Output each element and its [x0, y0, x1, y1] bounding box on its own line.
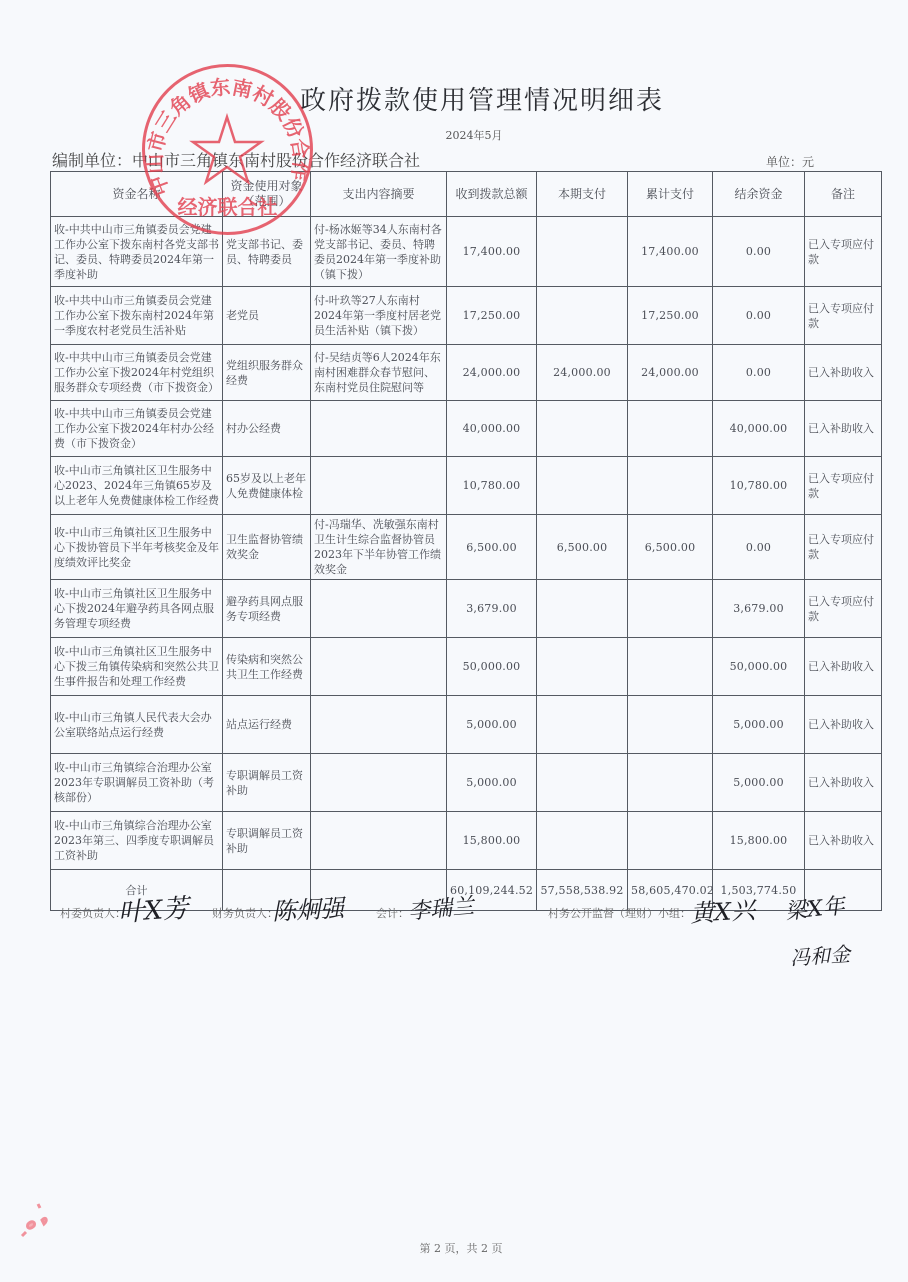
table-row: 收-中共中山市三角镇委员会党建工作办公室下拨2024年村办公经费（市下拨资金）村…	[51, 401, 882, 457]
remark-cell: 已入补助收入	[805, 638, 882, 696]
village-head-label: 村委负责人：	[60, 905, 126, 921]
fund-name-cell: 收-中共中山市三角镇委员会党建工作办公室下拨2024年村办公经费（市下拨资金）	[51, 401, 223, 457]
remark-cell: 已入专项应付款	[805, 287, 882, 345]
balance-cell: 3,679.00	[713, 580, 805, 638]
target-cell: 专职调解员工资补助	[223, 754, 311, 812]
remark-cell: 已入补助收入	[805, 754, 882, 812]
current-payment-cell	[537, 696, 628, 754]
received-cell: 10,780.00	[447, 457, 537, 515]
cumulative-payment-cell: 6,500.00	[628, 515, 713, 580]
balance-cell: 50,000.00	[713, 638, 805, 696]
cumulative-payment-cell	[628, 457, 713, 515]
received-cell: 17,400.00	[447, 217, 537, 287]
current-payment-cell: 6,500.00	[537, 515, 628, 580]
cumulative-payment-cell	[628, 638, 713, 696]
received-cell: 50,000.00	[447, 638, 537, 696]
accountant-signature: 李瑞兰	[407, 889, 475, 926]
table-row: 收-中共中山市三角镇委员会党建工作办公室下拨东南村2024年第一季度农村老党员生…	[51, 287, 882, 345]
received-cell: 6,500.00	[447, 515, 537, 580]
fund-name-cell: 收-中山市三角镇社区卫生服务中心下拨2024年避孕药具各网点服务管理专项经费	[51, 580, 223, 638]
current-payment-cell: 24,000.00	[537, 345, 628, 401]
cumulative-payment-cell	[628, 580, 713, 638]
remark-cell: 已入专项应付款	[805, 457, 882, 515]
funds-table: 资金名称 资金使用对象（范围） 支出内容摘要 收到拨款总额 本期支付 累计支付 …	[50, 171, 882, 911]
remark-cell: 已入专项应付款	[805, 217, 882, 287]
balance-cell: 0.00	[713, 287, 805, 345]
table-row: 收-中共中山市三角镇委员会党建工作办公室下拨东南村各党支部书记、委员、特聘委员2…	[51, 217, 882, 287]
summary-cell	[311, 696, 447, 754]
received-cell: 40,000.00	[447, 401, 537, 457]
table-row: 收-中山市三角镇综合治理办公室2023年专职调解员工资补助（考核部份）专职调解员…	[51, 754, 882, 812]
remark-cell: 已入补助收入	[805, 345, 882, 401]
target-cell: 站点运行经费	[223, 696, 311, 754]
remark-cell: 已入专项应付款	[805, 580, 882, 638]
balance-cell: 15,800.00	[713, 812, 805, 870]
summary-cell	[311, 754, 447, 812]
received-cell: 15,800.00	[447, 812, 537, 870]
summary-cell	[311, 580, 447, 638]
header-received: 收到拨款总额	[447, 172, 537, 217]
received-cell: 17,250.00	[447, 287, 537, 345]
supervision-signature-1: 黄X兴	[689, 890, 756, 928]
cumulative-payment-cell: 17,250.00	[628, 287, 713, 345]
fund-name-cell: 收-中共中山市三角镇委员会党建工作办公室下拨东南村各党支部书记、委员、特聘委员2…	[51, 217, 223, 287]
target-cell: 65岁及以上老年人免费健康体检	[223, 457, 311, 515]
report-period: 2024年5月	[0, 127, 908, 143]
header-summary: 支出内容摘要	[311, 172, 447, 217]
remark-cell: 已入补助收入	[805, 401, 882, 457]
header-fund-name: 资金名称	[51, 172, 223, 217]
balance-cell: 5,000.00	[713, 696, 805, 754]
summary-cell	[311, 457, 447, 515]
table-row: 收-中山市三角镇人民代表大会办公室联络站点运行经费站点运行经费5,000.005…	[51, 696, 882, 754]
accountant-label: 会计：	[376, 905, 409, 921]
fund-name-cell: 收-中山市三角镇综合治理办公室2023年第三、四季度专职调解员工资补助	[51, 812, 223, 870]
target-cell: 卫生监督协管绩效奖金	[223, 515, 311, 580]
summary-cell: 付-冯瑞华、冼敏强东南村卫生计生综合监督协管员2023年下半年协管工作绩效奖金	[311, 515, 447, 580]
target-cell: 党支部书记、委员、特聘委员	[223, 217, 311, 287]
fund-name-cell: 收-中山市三角镇人民代表大会办公室联络站点运行经费	[51, 696, 223, 754]
target-cell: 专职调解员工资补助	[223, 812, 311, 870]
received-cell: 24,000.00	[447, 345, 537, 401]
balance-cell: 5,000.00	[713, 754, 805, 812]
table-row: 收-中山市三角镇综合治理办公室2023年第三、四季度专职调解员工资补助专职调解员…	[51, 812, 882, 870]
finance-head-signature: 陈炯强	[271, 888, 345, 927]
target-cell: 老党员	[223, 287, 311, 345]
summary-cell: 付-杨冰姬等34人东南村各党支部书记、委员、特聘委员2024年第一季度补助（镇下…	[311, 217, 447, 287]
fund-name-cell: 收-中山市三角镇综合治理办公室2023年专职调解员工资补助（考核部份）	[51, 754, 223, 812]
received-cell: 3,679.00	[447, 580, 537, 638]
supervision-label: 村务公开监督（理财）小组：	[548, 905, 691, 921]
current-payment-cell	[537, 457, 628, 515]
remark-cell: 已入补助收入	[805, 696, 882, 754]
cumulative-payment-cell	[628, 754, 713, 812]
summary-cell	[311, 401, 447, 457]
received-cell: 5,000.00	[447, 696, 537, 754]
remark-cell: 已入补助收入	[805, 812, 882, 870]
supervision-signature-3: 冯和金	[789, 938, 851, 971]
fund-name-cell: 收-中山市三角镇社区卫生服务中心下拨协管员下半年考核奖金及年度绩效评比奖金	[51, 515, 223, 580]
summary-cell: 付-吴结贞等6人2024年东南村困难群众春节慰问、东南村党员住院慰问等	[311, 345, 447, 401]
cumulative-payment-cell	[628, 401, 713, 457]
table-row: 收-中山市三角镇社区卫生服务中心下拨三角镇传染病和突然公共卫生事件报告和处理工作…	[51, 638, 882, 696]
summary-cell	[311, 812, 447, 870]
table-row: 收-中山市三角镇社区卫生服务中心下拨协管员下半年考核奖金及年度绩效评比奖金卫生监…	[51, 515, 882, 580]
summary-cell	[311, 638, 447, 696]
table-row: 收-中山市三角镇社区卫生服务中心2023、2024年三角镇65岁及以上老年人免费…	[51, 457, 882, 515]
balance-cell: 0.00	[713, 217, 805, 287]
target-cell: 避孕药具网点服务专项经费	[223, 580, 311, 638]
table-row: 收-中山市三角镇社区卫生服务中心下拨2024年避孕药具各网点服务管理专项经费避孕…	[51, 580, 882, 638]
header-current: 本期支付	[537, 172, 628, 217]
target-cell: 村办公经费	[223, 401, 311, 457]
current-payment-cell	[537, 401, 628, 457]
fund-name-cell: 收-中共中山市三角镇委员会党建工作办公室下拨2024年村党组织服务群众专项经费（…	[51, 345, 223, 401]
fund-name-cell: 收-中共中山市三角镇委员会党建工作办公室下拨东南村2024年第一季度农村老党员生…	[51, 287, 223, 345]
target-cell: 传染病和突然公共卫生工作经费	[223, 638, 311, 696]
table-row: 收-中共中山市三角镇委员会党建工作办公室下拨2024年村党组织服务群众专项经费（…	[51, 345, 882, 401]
document-title: 政府拨款使用管理情况明细表	[300, 80, 664, 117]
header-balance: 结余资金	[713, 172, 805, 217]
cumulative-payment-cell	[628, 696, 713, 754]
header-target: 资金使用对象（范围）	[223, 172, 311, 217]
balance-cell: 10,780.00	[713, 457, 805, 515]
village-head-signature: 叶X芳	[117, 888, 190, 930]
fund-name-cell: 收-中山市三角镇社区卫生服务中心下拨三角镇传染病和突然公共卫生事件报告和处理工作…	[51, 638, 223, 696]
table-header-row: 资金名称 资金使用对象（范围） 支出内容摘要 收到拨款总额 本期支付 累计支付 …	[51, 172, 882, 217]
cumulative-payment-cell: 17,400.00	[628, 217, 713, 287]
current-payment-cell	[537, 638, 628, 696]
org-name: 中山市三角镇东南村股份合作经济联合社	[132, 151, 420, 170]
cumulative-payment-cell	[628, 812, 713, 870]
current-payment-cell	[537, 812, 628, 870]
header-cumulative: 累计支付	[628, 172, 713, 217]
current-payment-cell	[537, 217, 628, 287]
current-payment-cell	[537, 287, 628, 345]
received-cell: 5,000.00	[447, 754, 537, 812]
org-label: 编制单位：	[52, 151, 132, 170]
page-number: 第 2 页，共 2 页	[0, 1240, 908, 1256]
current-payment-cell	[537, 580, 628, 638]
finance-head-label: 财务负责人：	[212, 905, 278, 921]
balance-cell: 40,000.00	[713, 401, 805, 457]
balance-cell: 0.00	[713, 345, 805, 401]
unit-label: 单位：元	[766, 153, 814, 170]
supervision-signature-2: 梁X年	[784, 889, 847, 926]
org-line: 编制单位：中山市三角镇东南村股份合作经济联合社	[52, 148, 420, 171]
balance-cell: 0.00	[713, 515, 805, 580]
target-cell: 党组织服务群众经费	[223, 345, 311, 401]
fund-name-cell: 收-中山市三角镇社区卫生服务中心2023、2024年三角镇65岁及以上老年人免费…	[51, 457, 223, 515]
cumulative-payment-cell: 24,000.00	[628, 345, 713, 401]
header-remark: 备注	[805, 172, 882, 217]
remark-cell: 已入专项应付款	[805, 515, 882, 580]
current-payment-cell	[537, 754, 628, 812]
summary-cell: 付-叶玖等27人东南村2024年第一季度村居老党员生活补贴（镇下拨）	[311, 287, 447, 345]
